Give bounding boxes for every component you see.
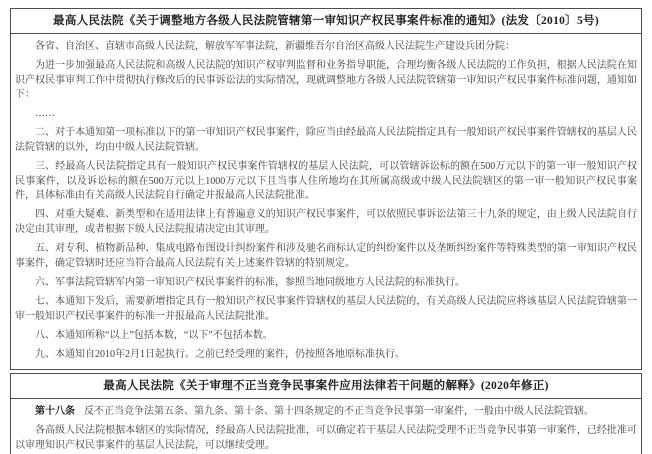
document-page: 最高人民法院《关于调整地方各级人民法院管辖第一审知识产权民事案件标准的通知》(法… — [0, 0, 652, 454]
notice-2010-body: 各省、自治区、直辖市高级人民法院，解放军军事法院，新疆维吾尔自治区高级人民法院生… — [11, 34, 641, 369]
paragraph: …… — [15, 107, 637, 122]
paragraph-text: 八、本通知所称“以上”包括本数，“以下”不包括本数。 — [35, 330, 273, 341]
paragraph-text: 反不正当竞争法第五条、第九条、第十条、第十四条规定的不正当竞争民事第一审案件，一… — [84, 406, 594, 417]
paragraph: 各高级人民法院根据本辖区的实际情况，经最高人民法院批准，可以确定若干基层人民法院… — [15, 424, 637, 453]
interpretation-2020-section: 最高人民法院《关于审理不正当竞争民事案件应用法律若干问题的解释》(2020年修正… — [10, 373, 642, 454]
paragraph-text: 三、经最高人民法院指定具有一般知识产权民事案件管辖权的基层人民法院，可以管辖诉讼… — [15, 161, 637, 201]
paragraph-text: 二、对于本通知第一项标准以下的第一审知识产权民事案件，除应当由经最高人民法院指定… — [15, 127, 637, 153]
paragraph-text: 为进一步加强最高人民法院和高级人民法院的知识产权审判监督和业务指导职能，合理均衡… — [15, 60, 637, 100]
paragraph: 各省、自治区、直辖市高级人民法院，解放军军事法院，新疆维吾尔自治区高级人民法院生… — [15, 40, 637, 55]
article-number: 第十八条 — [35, 406, 75, 417]
paragraph-text: 六、军事法院管辖军内第一审知识产权民事案件的标准，参照当地同级地方人民法院的标准… — [35, 277, 465, 288]
paragraph: 六、军事法院管辖军内第一审知识产权民事案件的标准，参照当地同级地方人民法院的标准… — [15, 276, 637, 291]
paragraph-text: 七、本通知下发后，需要新增指定具有一般知识产权民事案件管辖权的基层人民法院的，有… — [15, 296, 637, 322]
paragraph: 第十八条反不正当竞争法第五条、第九条、第十条、第十四条规定的不正当竞争民事第一审… — [15, 405, 637, 420]
paragraph-text: 五、对专利、植物新品种、集成电路布图设计纠纷案件和涉及驰名商标认定的纠纷案件以及… — [15, 243, 637, 269]
interpretation-2020-body: 第十八条反不正当竞争法第五条、第九条、第十条、第十四条规定的不正当竞争民事第一审… — [11, 399, 641, 454]
paragraph-text: 各省、自治区、直辖市高级人民法院，解放军军事法院，新疆维吾尔自治区高级人民法院生… — [35, 41, 515, 52]
interpretation-2020-title: 最高人民法院《关于审理不正当竞争民事案件应用法律若干问题的解释》(2020年修正… — [11, 374, 641, 399]
paragraph-text: …… — [35, 108, 55, 119]
notice-2010-section: 最高人民法院《关于调整地方各级人民法院管辖第一审知识产权民事案件标准的通知》(法… — [10, 8, 642, 370]
notice-2010-title: 最高人民法院《关于调整地方各级人民法院管辖第一审知识产权民事案件标准的通知》(法… — [11, 9, 641, 34]
paragraph: 八、本通知所称“以上”包括本数，“以下”不包括本数。 — [15, 329, 637, 344]
paragraph: 七、本通知下发后，需要新增指定具有一般知识产权民事案件管辖权的基层人民法院的，有… — [15, 295, 637, 324]
paragraph-text: 四、对重大疑难、新类型和在适用法律上有普遍意义的知识产权民事案件，可以依照民事诉… — [15, 209, 637, 235]
paragraph: 二、对于本通知第一项标准以下的第一审知识产权民事案件，除应当由经最高人民法院指定… — [15, 126, 637, 155]
paragraph: 为进一步加强最高人民法院和高级人民法院的知识产权审判监督和业务指导职能，合理均衡… — [15, 59, 637, 103]
paragraph-text: 九、本通知自2010年2月1日起执行。之前已经受理的案件，仍按照各地原标准执行。 — [35, 349, 405, 360]
paragraph-text: 各高级人民法院根据本辖区的实际情况，经最高人民法院批准，可以确定若干基层人民法院… — [15, 425, 637, 451]
paragraph: 五、对专利、植物新品种、集成电路布图设计纠纷案件和涉及驰名商标认定的纠纷案件以及… — [15, 242, 637, 271]
paragraph: 四、对重大疑难、新类型和在适用法律上有普遍意义的知识产权民事案件，可以依照民事诉… — [15, 208, 637, 237]
paragraph: 九、本通知自2010年2月1日起执行。之前已经受理的案件，仍按照各地原标准执行。 — [15, 348, 637, 363]
paragraph: 三、经最高人民法院指定具有一般知识产权民事案件管辖权的基层人民法院，可以管辖诉讼… — [15, 160, 637, 204]
